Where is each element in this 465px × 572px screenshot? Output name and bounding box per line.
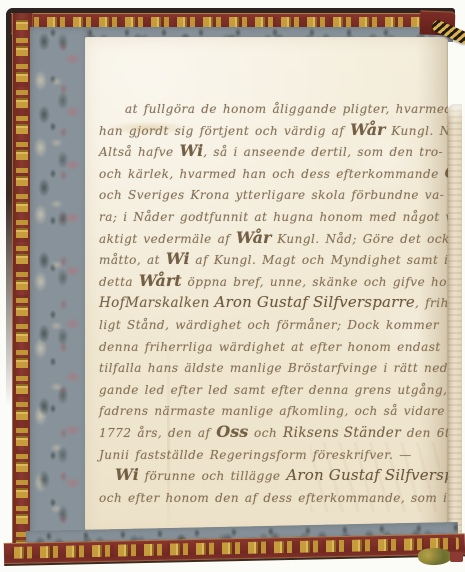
manuscript-text-segment: Wår <box>350 120 385 139</box>
manuscript-page: at fullgöra de honom åliggande pligter, … <box>85 37 448 536</box>
manuscript-text-segment: af Kungl. Magt och Myndighet samt i kraf… <box>190 253 448 267</box>
bookmark-tassel-red-bit <box>450 552 463 562</box>
manuscript-text-segment: och kärlek, hvarmed han och dess efterko… <box>99 167 445 181</box>
manuscript-text-segment: Junii fastställde Regeringsform föreskri… <box>99 448 412 462</box>
gold-tooling-roll-bottom <box>12 537 459 558</box>
next-page-fore-edge <box>447 104 462 540</box>
manuscript-text-segment: tilfalla hans äldste manlige Bröstarfvin… <box>99 361 448 375</box>
manuscript-text-segment: måtto, at <box>99 253 166 267</box>
manuscript-text-segment: öppna bref, unne, skänke och gifve honom <box>182 275 448 289</box>
photo-background: at fullgöra de honom åliggande pligter, … <box>0 0 465 572</box>
manuscript-text-segment: denna friherrliga wärdighet at efter hon… <box>99 340 441 354</box>
manuscript-line: han gjordt sig förtjent och värdig af Wå… <box>99 119 443 141</box>
marbled-endpaper-left <box>30 27 88 539</box>
manuscript-line: och kärlek, hvarmed han och dess efterko… <box>99 162 443 184</box>
manuscript-line: 1772 års, den af Oss och Riksens Ständer… <box>99 421 443 443</box>
manuscript-text-segment: 1772 års, den af <box>99 426 216 440</box>
manuscript-text-segment: Wi <box>179 141 203 160</box>
manuscript-text-segment: Kungl. Nåd och Ynnest; <box>385 124 448 138</box>
manuscript-line: detta Wårt öppna bref, unne, skänke och … <box>99 270 443 292</box>
manuscript-line: Junii fastställde Regeringsform föreskri… <box>99 443 443 465</box>
manuscript-text-segment: detta <box>99 275 139 289</box>
fore-edge-highlight <box>445 96 465 122</box>
manuscript-text-segment: Wi <box>115 465 139 484</box>
manuscript-text-segment: Wårt <box>139 271 182 290</box>
manuscript-text-segment: aktigt vedermäle af <box>99 232 236 246</box>
manuscript-line: Altså hafve Wi, så i anseende dertil, so… <box>99 140 443 162</box>
manuscript-line: ra; i Nåder godtfunnit at hugna honom me… <box>99 205 443 227</box>
manuscript-text-segment: at fullgöra de honom åliggande pligter, … <box>125 102 448 116</box>
manuscript-line: och efter honom den af dess efterkommand… <box>99 486 443 508</box>
manuscript-text-segment: Altså hafve <box>99 145 179 159</box>
manuscript-line: tilfalla hans äldste manlige Bröstarfvin… <box>99 356 443 378</box>
manuscript-line: aktigt vedermäle af Wår Kungl. Nåd; Göre… <box>99 227 443 249</box>
recipient-name-text: Aron Gustaf Silfversparre <box>214 293 415 311</box>
manuscript-text-segment: Wi <box>166 249 190 268</box>
manuscript-line: at fullgöra de honom åliggande pligter, … <box>99 97 443 119</box>
manuscript-line: och Sveriges Krona ytterligare skola för… <box>99 183 443 205</box>
manuscript-line: gande led efter led samt efter denna gre… <box>99 378 443 400</box>
manuscript-text-segment: Oss <box>445 163 448 182</box>
manuscript-text-segment: och Sveriges Krona ytterligare skola för… <box>99 188 444 202</box>
manuscript-text-segment: ligt Stånd, wärdighet och förmåner; Dock… <box>99 318 439 332</box>
manuscript-text-segment: förunne och tillägge <box>139 469 287 483</box>
manuscript-text-segment: fadrens närmaste manlige afkomling, och … <box>99 404 448 418</box>
manuscript-line: fadrens närmaste manlige afkomling, och … <box>99 399 443 421</box>
manuscript-text-segment: Oss <box>216 422 248 441</box>
manuscript-line: HofMarskalken Aron Gustaf Silfversparre,… <box>99 291 443 313</box>
manuscript-line: måtto, at Wi af Kungl. Magt och Myndighe… <box>99 248 443 270</box>
recipient-name-text: Aron Gustaf Silfversparre <box>286 466 448 484</box>
manuscript-line: denna friherrliga wärdighet at efter hon… <box>99 335 443 357</box>
manuscript-text-segment: , så i anseende dertil, som den tro- <box>203 145 443 159</box>
manuscript-text-segment: , friherr- <box>415 296 448 310</box>
gold-tooling-roll-left <box>16 19 28 552</box>
bookmark-tassel <box>417 547 452 566</box>
manuscript-text-segment: Kungl. Nåd; Göre det ock i så <box>271 232 448 246</box>
manuscript-text-segment: gande led efter led samt efter denna gre… <box>99 383 448 397</box>
manuscript-line: ligt Stånd, wärdighet och förmåner; Dock… <box>99 313 443 335</box>
manuscript-text-segment: ra; i Nåder godtfunnit at hugna honom me… <box>99 210 448 224</box>
manuscript-text-segment: och <box>248 426 283 440</box>
manuscript-text-segment: han gjordt sig förtjent och värdig af <box>99 124 350 138</box>
manuscript-text-segment: HofMarskalken <box>99 295 214 311</box>
manuscript-text: at fullgöra de honom åliggande pligter, … <box>99 97 443 507</box>
manuscript-line: Wi förunne och tillägge Aron Gustaf Silf… <box>99 464 443 486</box>
manuscript-text-segment: Riksens Ständer <box>283 425 401 441</box>
manuscript-text-segment: och efter honom den af dess efterkommand… <box>99 491 448 505</box>
manuscript-text-segment: den 6te sistledne- <box>401 426 448 440</box>
manuscript-text-segment: Wår <box>236 228 271 247</box>
